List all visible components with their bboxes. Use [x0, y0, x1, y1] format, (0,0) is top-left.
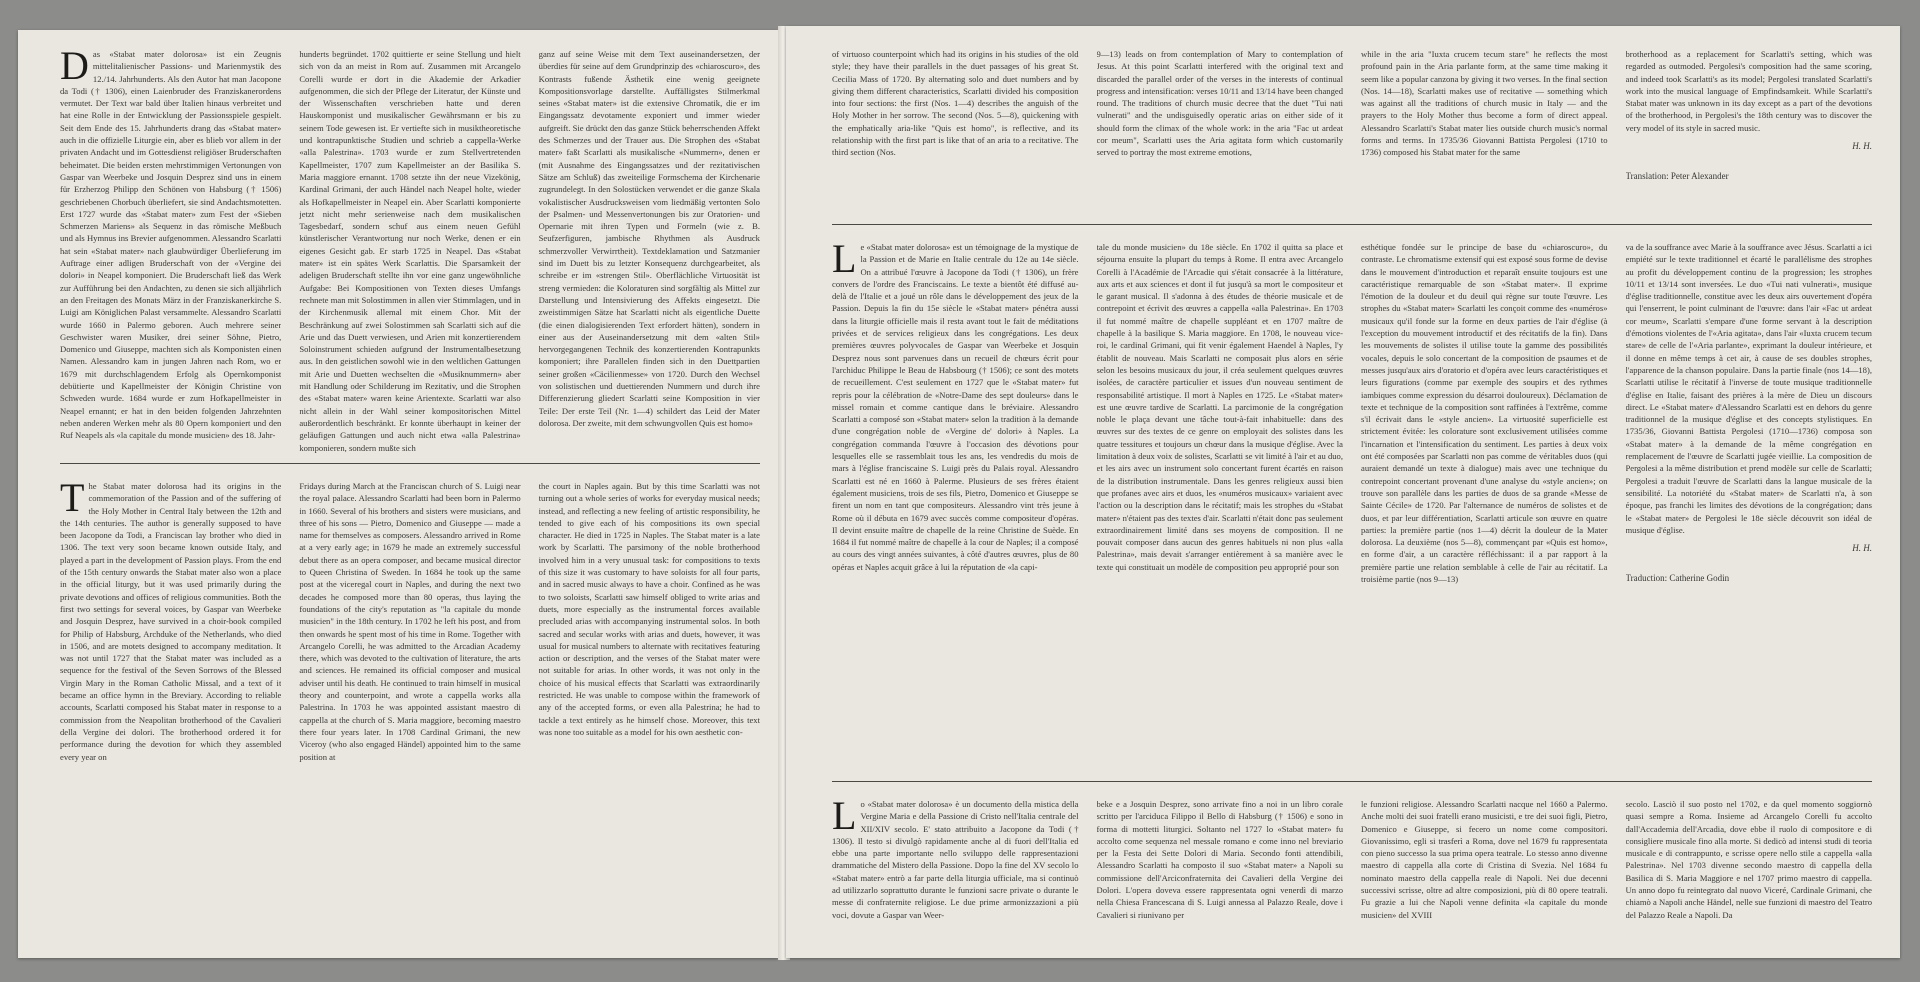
english-cont-column-1-text: of virtuoso counterpoint which had its o…: [832, 48, 1079, 159]
english-column-1: T he Stabat mater dolorosa had its origi…: [60, 480, 281, 945]
english-column-2-text: Fridays during March at the Franciscan c…: [299, 480, 520, 763]
french-column-4-text: va de la souffrance avec Marie à la souf…: [1626, 241, 1873, 536]
french-column-2-text: tale du monde musicien» du 18e siècle. E…: [1097, 241, 1344, 573]
italian-column-1: L o «Stabat mater dolorosa» è un documen…: [832, 798, 1079, 938]
italian-column-4-text: secolo. Lasciò il suo posto nel 1702, e …: [1626, 798, 1873, 921]
german-column-1-text: as «Stabat mater dolorosa» ist ein Zeugn…: [60, 48, 281, 442]
french-dropcap: L: [832, 243, 856, 275]
english-cont-column-3-text: while in the aria "Iuxta crucem tecum st…: [1361, 48, 1608, 159]
italian-column-2-text: beke e a Josquin Desprez, sono arrivate …: [1097, 798, 1344, 921]
english-section: T he Stabat mater dolorosa had its origi…: [60, 480, 760, 945]
english-translation-credit: Translation: Peter Alexander: [1626, 170, 1873, 182]
right-page: of virtuoso counterpoint which had its o…: [786, 26, 1900, 958]
german-column-2: hunderts begründet. 1702 quittierte er s…: [299, 48, 520, 453]
english-cont-column-2-text: 9—13) leads on from contemplation of Mar…: [1097, 48, 1344, 159]
french-column-4: va de la souffrance avec Marie à la souf…: [1626, 241, 1873, 621]
english-cont-column-1: of virtuoso counterpoint which had its o…: [832, 48, 1079, 218]
english-cont-column-4: brotherhood as a replacement for Scarlat…: [1626, 48, 1873, 218]
english-cont-column-4-text: brotherhood as a replacement for Scarlat…: [1626, 48, 1873, 134]
italian-column-2: beke e a Josquin Desprez, sono arrivate …: [1097, 798, 1344, 938]
italian-section: L o «Stabat mater dolorosa» è un documen…: [832, 798, 1872, 938]
french-signature: H. H.: [1626, 542, 1873, 554]
french-column-3-text: esthétique fondée sur le principe de bas…: [1361, 241, 1608, 585]
english-cont-column-3: while in the aria "Iuxta crucem tecum st…: [1361, 48, 1608, 218]
italian-column-3-text: le funzioni religiose. Alessandro Scarla…: [1361, 798, 1608, 921]
german-dropcap: D: [60, 50, 89, 82]
english-column-1-text: he Stabat mater dolorosa had its origins…: [60, 480, 281, 763]
right-divider-top: [832, 224, 1872, 225]
french-column-1-text: e «Stabat mater dolorosa» est un témoign…: [832, 241, 1079, 573]
english-dropcap: T: [60, 482, 84, 514]
english-continued-section: of virtuoso counterpoint which had its o…: [832, 48, 1872, 218]
french-section: L e «Stabat mater dolorosa» est un témoi…: [832, 241, 1872, 621]
german-column-1: D as «Stabat mater dolorosa» ist ein Zeu…: [60, 48, 281, 453]
italian-column-1-text: o «Stabat mater dolorosa» è un documento…: [832, 798, 1079, 921]
french-translation-credit: Traduction: Catherine Godin: [1626, 572, 1873, 584]
french-column-3: esthétique fondée sur le principe de bas…: [1361, 241, 1608, 621]
english-column-3: the court in Naples again. But by this t…: [539, 480, 760, 945]
right-divider-bottom: [832, 781, 1872, 782]
left-divider: [60, 463, 760, 464]
english-signature: H. H.: [1626, 140, 1873, 152]
french-column-2: tale du monde musicien» du 18e siècle. E…: [1097, 241, 1344, 621]
english-cont-column-2: 9—13) leads on from contemplation of Mar…: [1097, 48, 1344, 218]
german-column-2-text: hunderts begründet. 1702 quittierte er s…: [299, 48, 520, 453]
english-column-3-text: the court in Naples again. But by this t…: [539, 480, 760, 738]
english-column-2: Fridays during March at the Franciscan c…: [299, 480, 520, 945]
italian-column-4: secolo. Lasciò il suo posto nel 1702, e …: [1626, 798, 1873, 938]
italian-column-3: le funzioni religiose. Alessandro Scarla…: [1361, 798, 1608, 938]
french-column-1: L e «Stabat mater dolorosa» est un témoi…: [832, 241, 1079, 621]
italian-dropcap: L: [832, 800, 856, 832]
